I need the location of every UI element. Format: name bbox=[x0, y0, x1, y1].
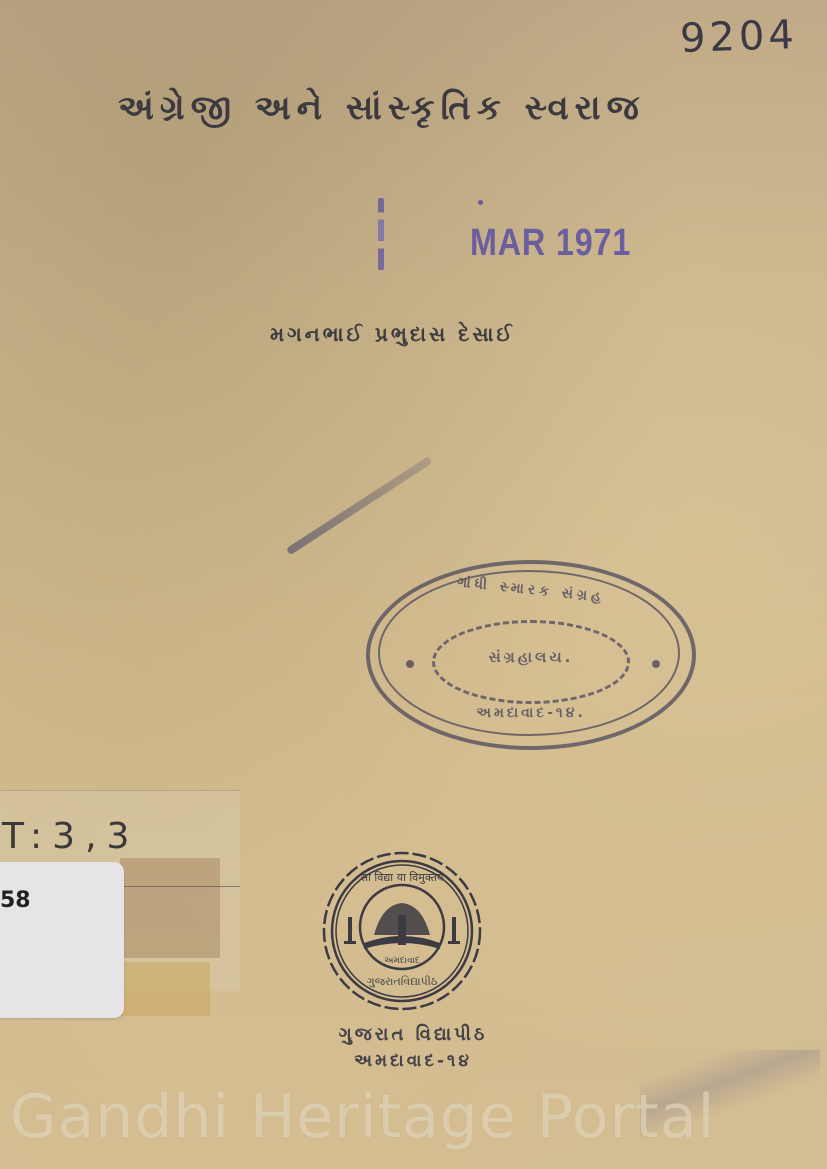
watermark: Gandhi Heritage Portal bbox=[10, 1082, 820, 1152]
library-stamp: ગાંધી સ્મારક સંગ્રહ સંગ્રહાલય. અમદાવાદ-૧… bbox=[366, 560, 696, 750]
svg-text:ગુજરાતવિદ્યાપીઠ: ગુજરાતવિદ્યાપીઠ bbox=[367, 975, 438, 988]
handwritten-accession-number: 9204 bbox=[679, 12, 798, 62]
book-title: અંગ્રેજી અને સાંસ્કૃતિક સ્વરાજ bbox=[118, 88, 698, 128]
publisher-name: ગુજરાત વિદ્યાપીઠ bbox=[308, 1024, 518, 1045]
gujarat-vidyapith-emblem-icon: सा विद्या या विमुक्तये અમદાવાદ ગુજરાતવિદ… bbox=[312, 845, 492, 1015]
emblem-motto: सा विद्या या विमुक्तये bbox=[361, 871, 444, 884]
tape-piece bbox=[120, 858, 220, 958]
svg-text:અમદાવાદ: અમદાવાદ bbox=[384, 956, 420, 966]
stamp-middle-text: સંગ્રહાલય. bbox=[366, 648, 696, 666]
author-name: મગનભાઈ પ્રભુદાસ દેસાઈ bbox=[270, 322, 515, 346]
stamp-mark bbox=[378, 198, 384, 270]
stamp-bottom-text: અમદાવાદ-૧૪. bbox=[366, 705, 696, 721]
stamp-ink-dot bbox=[478, 200, 483, 205]
barcode-label: 58 bbox=[0, 862, 124, 1018]
label-number: 58 bbox=[0, 888, 31, 913]
publisher-city: અમદાવાદ-૧૪ bbox=[308, 1051, 518, 1071]
stamp-dot-right bbox=[652, 660, 660, 668]
handwritten-shelf-mark: T:3,3 bbox=[2, 816, 139, 857]
date-stamp: MAR 1971 bbox=[470, 222, 631, 265]
tape-piece bbox=[120, 962, 210, 1016]
stamp-dot-left bbox=[406, 660, 414, 668]
publisher-block: ગુજરાત વિદ્યાપીઠ અમદાવાદ-૧૪ bbox=[308, 1024, 518, 1071]
